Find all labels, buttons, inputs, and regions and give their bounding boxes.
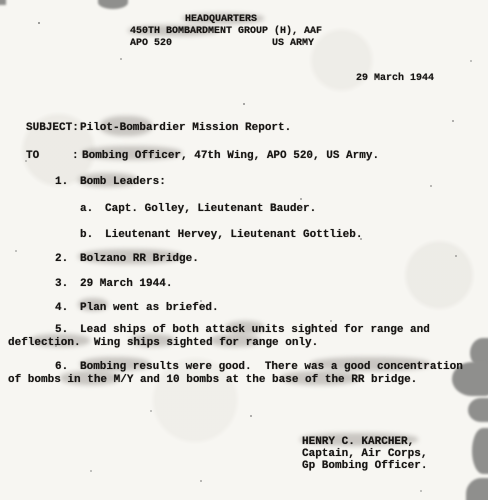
header-army: US ARMY [272, 38, 314, 50]
signature-rank: Captain, Air Corps, [302, 448, 427, 460]
header-org: HEADQUARTERS [185, 14, 257, 26]
scan-speckle [0, 0, 2, 2]
item-6-number: 6. [55, 361, 68, 373]
header-unit: 450TH BOMBARDMENT GROUP (H), AAF [130, 26, 322, 38]
item-3-text: 29 March 1944. [80, 278, 172, 290]
to-value: Bombing Officer, 47th Wing, APO 520, US … [82, 150, 379, 162]
item-1b-text: Lieutenant Hervey, Lieutenant Gottlieb. [105, 229, 362, 241]
header-date: 29 March 1944 [356, 73, 434, 85]
header-apo: APO 520 [130, 38, 172, 50]
item-5-line2: deflection. Wing ships sighted for range… [8, 337, 318, 349]
item-1b-number: b. [80, 229, 93, 241]
item-4-number: 4. [55, 302, 68, 314]
item-4-text: Plan went as briefed. [80, 302, 219, 314]
item-2-text: Bolzano RR Bridge. [80, 253, 199, 265]
item-6-line1: Bombing results were good. There was a g… [80, 361, 463, 373]
item-1-number: 1. [55, 176, 68, 188]
edge-stain [98, 0, 128, 9]
item-5-number: 5. [55, 324, 68, 336]
item-1a-number: a. [80, 203, 93, 215]
item-6-line2: of bombs in the M/Y and 10 bombs at the … [8, 374, 417, 386]
item-1a-text: Capt. Golley, Lieutenant Bauder. [105, 203, 316, 215]
edge-stain [472, 428, 488, 474]
document-scan: HEADQUARTERS 450TH BOMBARDMENT GROUP (H)… [0, 0, 488, 500]
item-5-line1: Lead ships of both attack units sighted … [80, 324, 430, 336]
signature-name: HENRY C. KARCHER, [302, 436, 414, 448]
item-1-text: Bomb Leaders: [80, 176, 166, 188]
edge-stain [468, 398, 488, 422]
item-3-number: 3. [55, 278, 68, 290]
subject-value: Pilot-Bombardier Mission Report. [80, 122, 291, 134]
subject-label: SUBJECT: [26, 122, 79, 134]
to-label: TO [26, 150, 39, 162]
to-colon: : [72, 150, 79, 162]
item-2-number: 2. [55, 253, 68, 265]
signature-title: Gp Bombing Officer. [302, 460, 427, 472]
edge-stain [466, 478, 488, 500]
